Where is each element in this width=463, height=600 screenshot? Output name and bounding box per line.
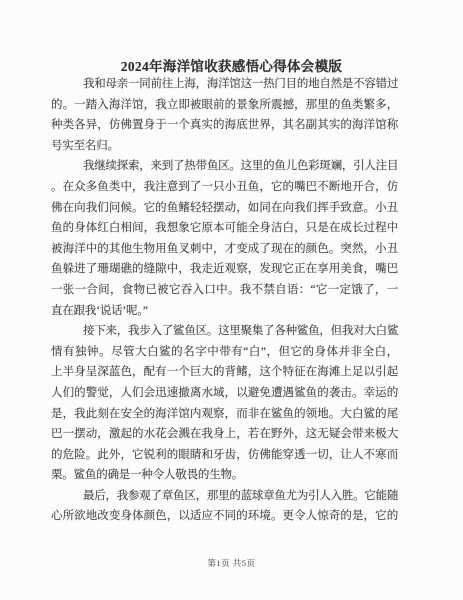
text-line: 巴一摆动，激起的水花会溅在我身上，若在野外，这无疑会带来极大 bbox=[51, 424, 398, 445]
paragraph-intro: 我和母亲一同前往上海，海洋馆这一热门目的地自然是不容错过 的。一踏入海洋馆，我立… bbox=[51, 74, 398, 156]
text-line: 。在众多鱼类中，我注意到了一只小丑鱼，它的嘴巴不断地开合，仿 bbox=[51, 177, 398, 198]
paragraph-octopus: 最后，我参观了章鱼区，那里的蓝球章鱼尤为引人入胜。它能随 心所欲地改变身体颜色，… bbox=[51, 486, 398, 527]
text-line: 的。一踏入海洋馆，我立即被眼前的景象所震撼，那里的鱼类繁多， bbox=[51, 95, 398, 116]
text-line: 上半身呈深蓝色，配有一个巨大的背鳍，这个特征在海滩上足以引起 bbox=[51, 362, 398, 383]
text-line: 接下来，我步入了鲨鱼区。这里聚集了各种鲨鱼，但我对大白鲨 bbox=[51, 321, 398, 342]
text-line: 最后，我参观了章鱼区，那里的蓝球章鱼尤为引人入胜。它能随 bbox=[51, 486, 398, 507]
text-line: 号实至名归。 bbox=[51, 136, 398, 157]
document-body: 我和母亲一同前往上海，海洋馆这一热门目的地自然是不容错过 的。一踏入海洋馆，我立… bbox=[51, 74, 398, 527]
text-line: 情有独钟。尽管大白鲨的名字中带有“白”，但它的身体并非全白， bbox=[51, 342, 398, 363]
text-line: 人们的警觉，人们会迅速撤离水域，以避免遭遇鲨鱼的袭击。幸运的 bbox=[51, 383, 398, 404]
text-line: 心所欲地改变身体颜色，以适应不同的环境。更令人惊奇的是，它的 bbox=[51, 506, 398, 527]
paragraph-tropical-fish: 我继续探索，来到了热带鱼区。这里的鱼儿色彩斑斓，引人注目 。在众多鱼类中，我注意… bbox=[51, 156, 398, 321]
text-line: 栗。鲨鱼的确是一种令人敬畏的生物。 bbox=[51, 465, 398, 486]
text-line: 的危险。此外，它锐利的眼睛和牙齿，仿佛能穿透一切，让人不寒而 bbox=[51, 445, 398, 466]
text-line: 我继续探索，来到了热带鱼区。这里的鱼儿色彩斑斓，引人注目 bbox=[51, 156, 398, 177]
text-line: 是，我此刻在安全的海洋馆内观察，而非在鲨鱼的领地。大白鲨的尾 bbox=[51, 404, 398, 425]
text-line: 鱼躲进了珊瑚礁的缝隙中，我走近观察，发现它正在享用美食，嘴巴 bbox=[51, 259, 398, 280]
paragraph-shark: 接下来，我步入了鲨鱼区。这里聚集了各种鲨鱼，但我对大白鲨 情有独钟。尽管大白鲨的… bbox=[51, 321, 398, 486]
document-page: 2024年海洋馆收获感悟心得体会模版 我和母亲一同前往上海，海洋馆这一热门目的地… bbox=[0, 0, 463, 600]
text-line: 鱼的身体红白相间，我想象它原本可能全身洁白，只是在成长过程中 bbox=[51, 218, 398, 239]
document-title: 2024年海洋馆收获感悟心得体会模版 bbox=[0, 55, 463, 75]
text-line: 被海洋中的其他生物用鱼叉刺中，才变成了现在的颜色。突然，小丑 bbox=[51, 239, 398, 260]
text-line: 一张一合间，食物已被它吞入口中。我不禁自语：“它一定饿了，一 bbox=[51, 280, 398, 301]
text-line: 我和母亲一同前往上海，海洋馆这一热门目的地自然是不容错过 bbox=[51, 74, 398, 95]
page-number-footer: 第1页 共5页 bbox=[0, 557, 463, 569]
text-line: 佛在向我们问候。它的鱼鳍轻轻摆动，如同在向我们挥手致意。小丑 bbox=[51, 198, 398, 219]
text-line: 种类各异，仿佛置身于一个真实的海底世界，其名副其实的海洋馆称 bbox=[51, 115, 398, 136]
text-line: 直在跟我‘说话’呢。” bbox=[51, 301, 398, 322]
